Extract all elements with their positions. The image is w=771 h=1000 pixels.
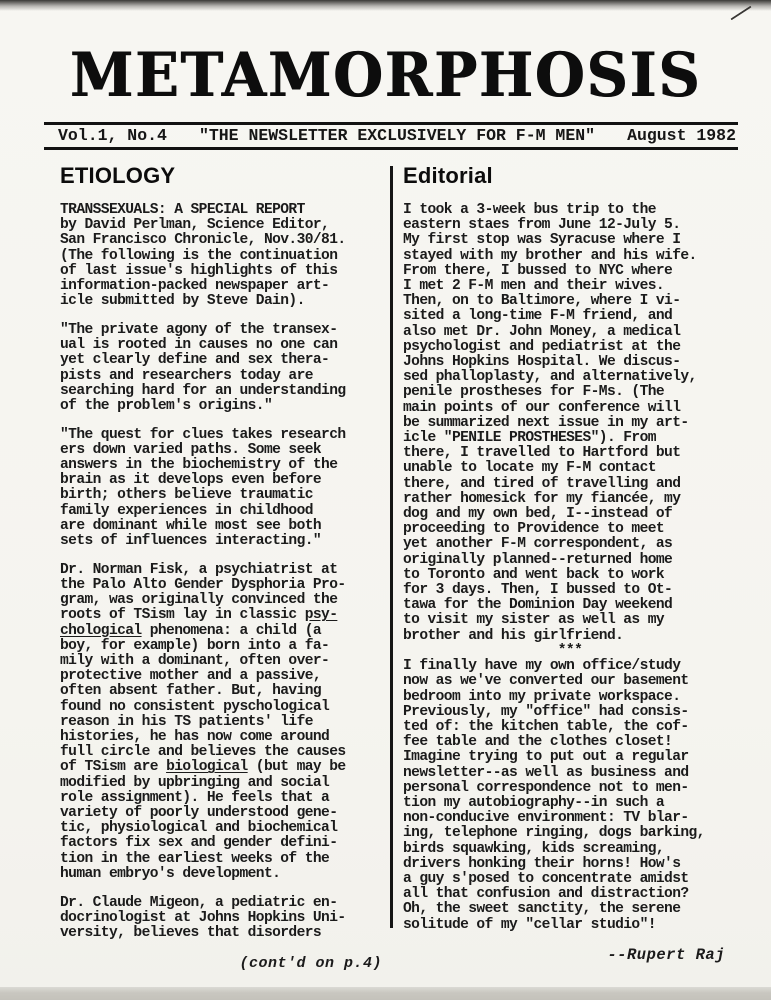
paragraph: I took a 3-week bus trip to theeastern s… [403, 203, 737, 644]
text-line: of the problem's origins." [60, 399, 382, 414]
text-line: ers down varied paths. Some seek [60, 443, 382, 458]
text-line: TRANSSEXUALS: A SPECIAL REPORT [60, 203, 382, 218]
text-line: I took a 3-week bus trip to the [403, 203, 737, 218]
text-line: "The private agony of the transex- [60, 323, 382, 338]
text-line: birth; others believe traumatic [60, 488, 382, 503]
text-line: docrinologist at Johns Hopkins Uni- [60, 911, 382, 926]
text-line: there, I travelled to Hartford but [403, 446, 737, 461]
text-line: are dominant while most see both [60, 519, 382, 534]
masthead-bar: Vol.1, No.4 "THE NEWSLETTER EXCLUSIVELY … [44, 122, 738, 150]
text-line: unable to locate my F-M contact [403, 461, 737, 476]
text-line: found no consistent pyschological [60, 700, 382, 715]
paragraph: Dr. Claude Migeon, a pediatric en-docrin… [60, 896, 382, 942]
text-line: psychologist and pediatrist at the [403, 340, 737, 355]
paragraph: "The quest for clues takes researchers d… [60, 428, 382, 550]
editorial-column: Editorial I took a 3-week bus trip to th… [403, 163, 737, 964]
text-line: Imagine trying to put out a regular [403, 750, 737, 765]
text-line: sets of influences interacting." [60, 534, 382, 549]
text-line: icle submitted by Steve Dain). [60, 294, 382, 309]
text-line: Johns Hopkins Hospital. We discus- [403, 355, 737, 370]
text-line: to visit my sister as well as my [403, 613, 737, 628]
text-line: factors fix sex and gender defini- [60, 836, 382, 851]
text-line: brain as it develops even before [60, 473, 382, 488]
author-signature: --Rupert Raj [403, 946, 725, 964]
text-line: ual is rooted in causes no one can [60, 338, 382, 353]
text-line: yet clearly define and sex thera- [60, 353, 382, 368]
text-line: stayed with my brother and his wife. [403, 249, 737, 264]
text-line: all that confusion and distraction? [403, 887, 737, 902]
text-line: now as we've converted our basement [403, 674, 737, 689]
editorial-heading: Editorial [403, 163, 737, 189]
paragraph: "The private agony of the transex-ual is… [60, 323, 382, 414]
text-line: reason in his TS patients' life [60, 715, 382, 730]
etiology-heading: ETIOLOGY [60, 163, 382, 189]
text-line: dog and my own bed, I--instead of [403, 507, 737, 522]
text-line: brother and his girlfriend. [403, 629, 737, 644]
paragraph: Dr. Norman Fisk, a psychiatrist atthe Pa… [60, 563, 382, 882]
text-line: birds squawking, kids screaming, [403, 842, 737, 857]
text-line: chological phenomena: a child (a [60, 624, 382, 639]
text-line: San Francisco Chronicle, Nov.30/81. [60, 233, 382, 248]
text-line: Previously, my "office" had consis- [403, 705, 737, 720]
etiology-column: ETIOLOGY TRANSSEXUALS: A SPECIAL REPORTb… [60, 163, 382, 972]
text-line: sited a long-time F-M friend, and [403, 309, 737, 324]
text-line: "The quest for clues takes research [60, 428, 382, 443]
text-line: originally planned--returned home [403, 553, 737, 568]
text-line: of last issue's highlights of this [60, 264, 382, 279]
text-line: Then, on to Baltimore, where I vi- [403, 294, 737, 309]
text-line: ing, telephone ringing, dogs barking, [403, 826, 737, 841]
paragraph: *** [403, 644, 737, 659]
text-line: yet another F-M correspondent, as [403, 537, 737, 552]
text-line: newsletter--as well as business and [403, 766, 737, 781]
issue-date-label: August 1982 [627, 126, 736, 145]
paragraph: TRANSSEXUALS: A SPECIAL REPORTby David P… [60, 203, 382, 309]
text-line: proceeding to Providence to meet [403, 522, 737, 537]
text-line: ted of: the kitchen table, the cof- [403, 720, 737, 735]
text-line: answers in the biochemistry of the [60, 458, 382, 473]
text-line: *** [403, 644, 737, 659]
text-line: bedroom into my private workspace. [403, 690, 737, 705]
text-line: human embryo's development. [60, 867, 382, 882]
text-line: Oh, the sweet sanctity, the serene [403, 902, 737, 917]
text-line: by David Perlman, Science Editor, [60, 218, 382, 233]
text-line: of TSism are biological (but may be [60, 760, 382, 775]
text-line: rather homesick for my fiancée, my [403, 492, 737, 507]
text-line: solitude of my "cellar studio"! [403, 918, 737, 933]
text-line: role assignment). He feels that a [60, 791, 382, 806]
text-line: protective mother and a passive, [60, 669, 382, 684]
text-line: modified by upbringing and social [60, 776, 382, 791]
continuation-note: (cont'd on p.4) [60, 955, 382, 972]
text-line: Dr. Norman Fisk, a psychiatrist at [60, 563, 382, 578]
text-line: full circle and believes the causes [60, 745, 382, 760]
text-line: family experiences in childhood [60, 504, 382, 519]
text-line: searching hard for an understanding [60, 384, 382, 399]
text-line: a guy s'posed to concentrate amidst [403, 872, 737, 887]
text-line: I met 2 F-M men and their wives. [403, 279, 737, 294]
text-line: boy, for example) born into a fa- [60, 639, 382, 654]
text-line: gram, was originally convinced the [60, 593, 382, 608]
text-line: Dr. Claude Migeon, a pediatric en- [60, 896, 382, 911]
newsletter-title: METAMORPHOSIS [0, 40, 771, 111]
text-line: pists and researchers today are [60, 369, 382, 384]
volume-issue-label: Vol.1, No.4 [58, 126, 167, 145]
text-line: variety of poorly understood gene- [60, 806, 382, 821]
text-line: icle "PENILE PROSTHESES"). From [403, 431, 737, 446]
text-line: tion my autobiography--in such a [403, 796, 737, 811]
text-line: versity, believes that disorders [60, 926, 382, 941]
text-line: My first stop was Syracuse where I [403, 233, 737, 248]
text-line: roots of TSism lay in classic psy- [60, 608, 382, 623]
text-line: drivers honking their horns! How's [403, 857, 737, 872]
text-line: there, and tired of travelling and [403, 477, 737, 492]
text-line: often absent father. But, having [60, 684, 382, 699]
scan-edge-artifact-bottom [0, 987, 771, 1000]
two-column-layout: ETIOLOGY TRANSSEXUALS: A SPECIAL REPORTb… [60, 163, 737, 972]
text-line: tion in the earliest weeks of the [60, 852, 382, 867]
text-line: (The following is the continuation [60, 249, 382, 264]
text-line: be summarized next issue in my art- [403, 416, 737, 431]
text-line: to Toronto and went back to work [403, 568, 737, 583]
text-line: tawa for the Dominion Day weekend [403, 598, 737, 613]
column-divider-rule [390, 166, 393, 928]
paragraph: I finally have my own office/studynow as… [403, 659, 737, 933]
text-line: for 3 days. Then, I bussed to Ot- [403, 583, 737, 598]
text-line: personal correspondence not to men- [403, 781, 737, 796]
tagline-label: "THE NEWSLETTER EXCLUSIVELY FOR F-M MEN" [199, 126, 595, 145]
scan-edge-artifact-top [0, 0, 771, 11]
text-line: the Palo Alto Gender Dysphoria Pro- [60, 578, 382, 593]
text-line: non-conducive environment: TV blar- [403, 811, 737, 826]
newsletter-page: METAMORPHOSIS Vol.1, No.4 "THE NEWSLETTE… [0, 0, 771, 1000]
etiology-article-body: TRANSSEXUALS: A SPECIAL REPORTby David P… [60, 203, 382, 941]
editorial-article-body: I took a 3-week bus trip to theeastern s… [403, 203, 737, 933]
text-line: mily with a dominant, often over- [60, 654, 382, 669]
text-line: tic, physiological and biochemical [60, 821, 382, 836]
text-line: main points of our conference will [403, 401, 737, 416]
text-line: sed phalloplasty, and alternatively, [403, 370, 737, 385]
text-line: From there, I bussed to NYC where [403, 264, 737, 279]
text-line: I finally have my own office/study [403, 659, 737, 674]
text-line: histories, he has now come around [60, 730, 382, 745]
text-line: eastern staes from June 12-July 5. [403, 218, 737, 233]
text-line: also met Dr. John Money, a medical [403, 325, 737, 340]
text-line: fee table and the clothes closet! [403, 735, 737, 750]
text-line: penile prostheses for F-Ms. (The [403, 385, 737, 400]
text-line: information-packed newspaper art- [60, 279, 382, 294]
